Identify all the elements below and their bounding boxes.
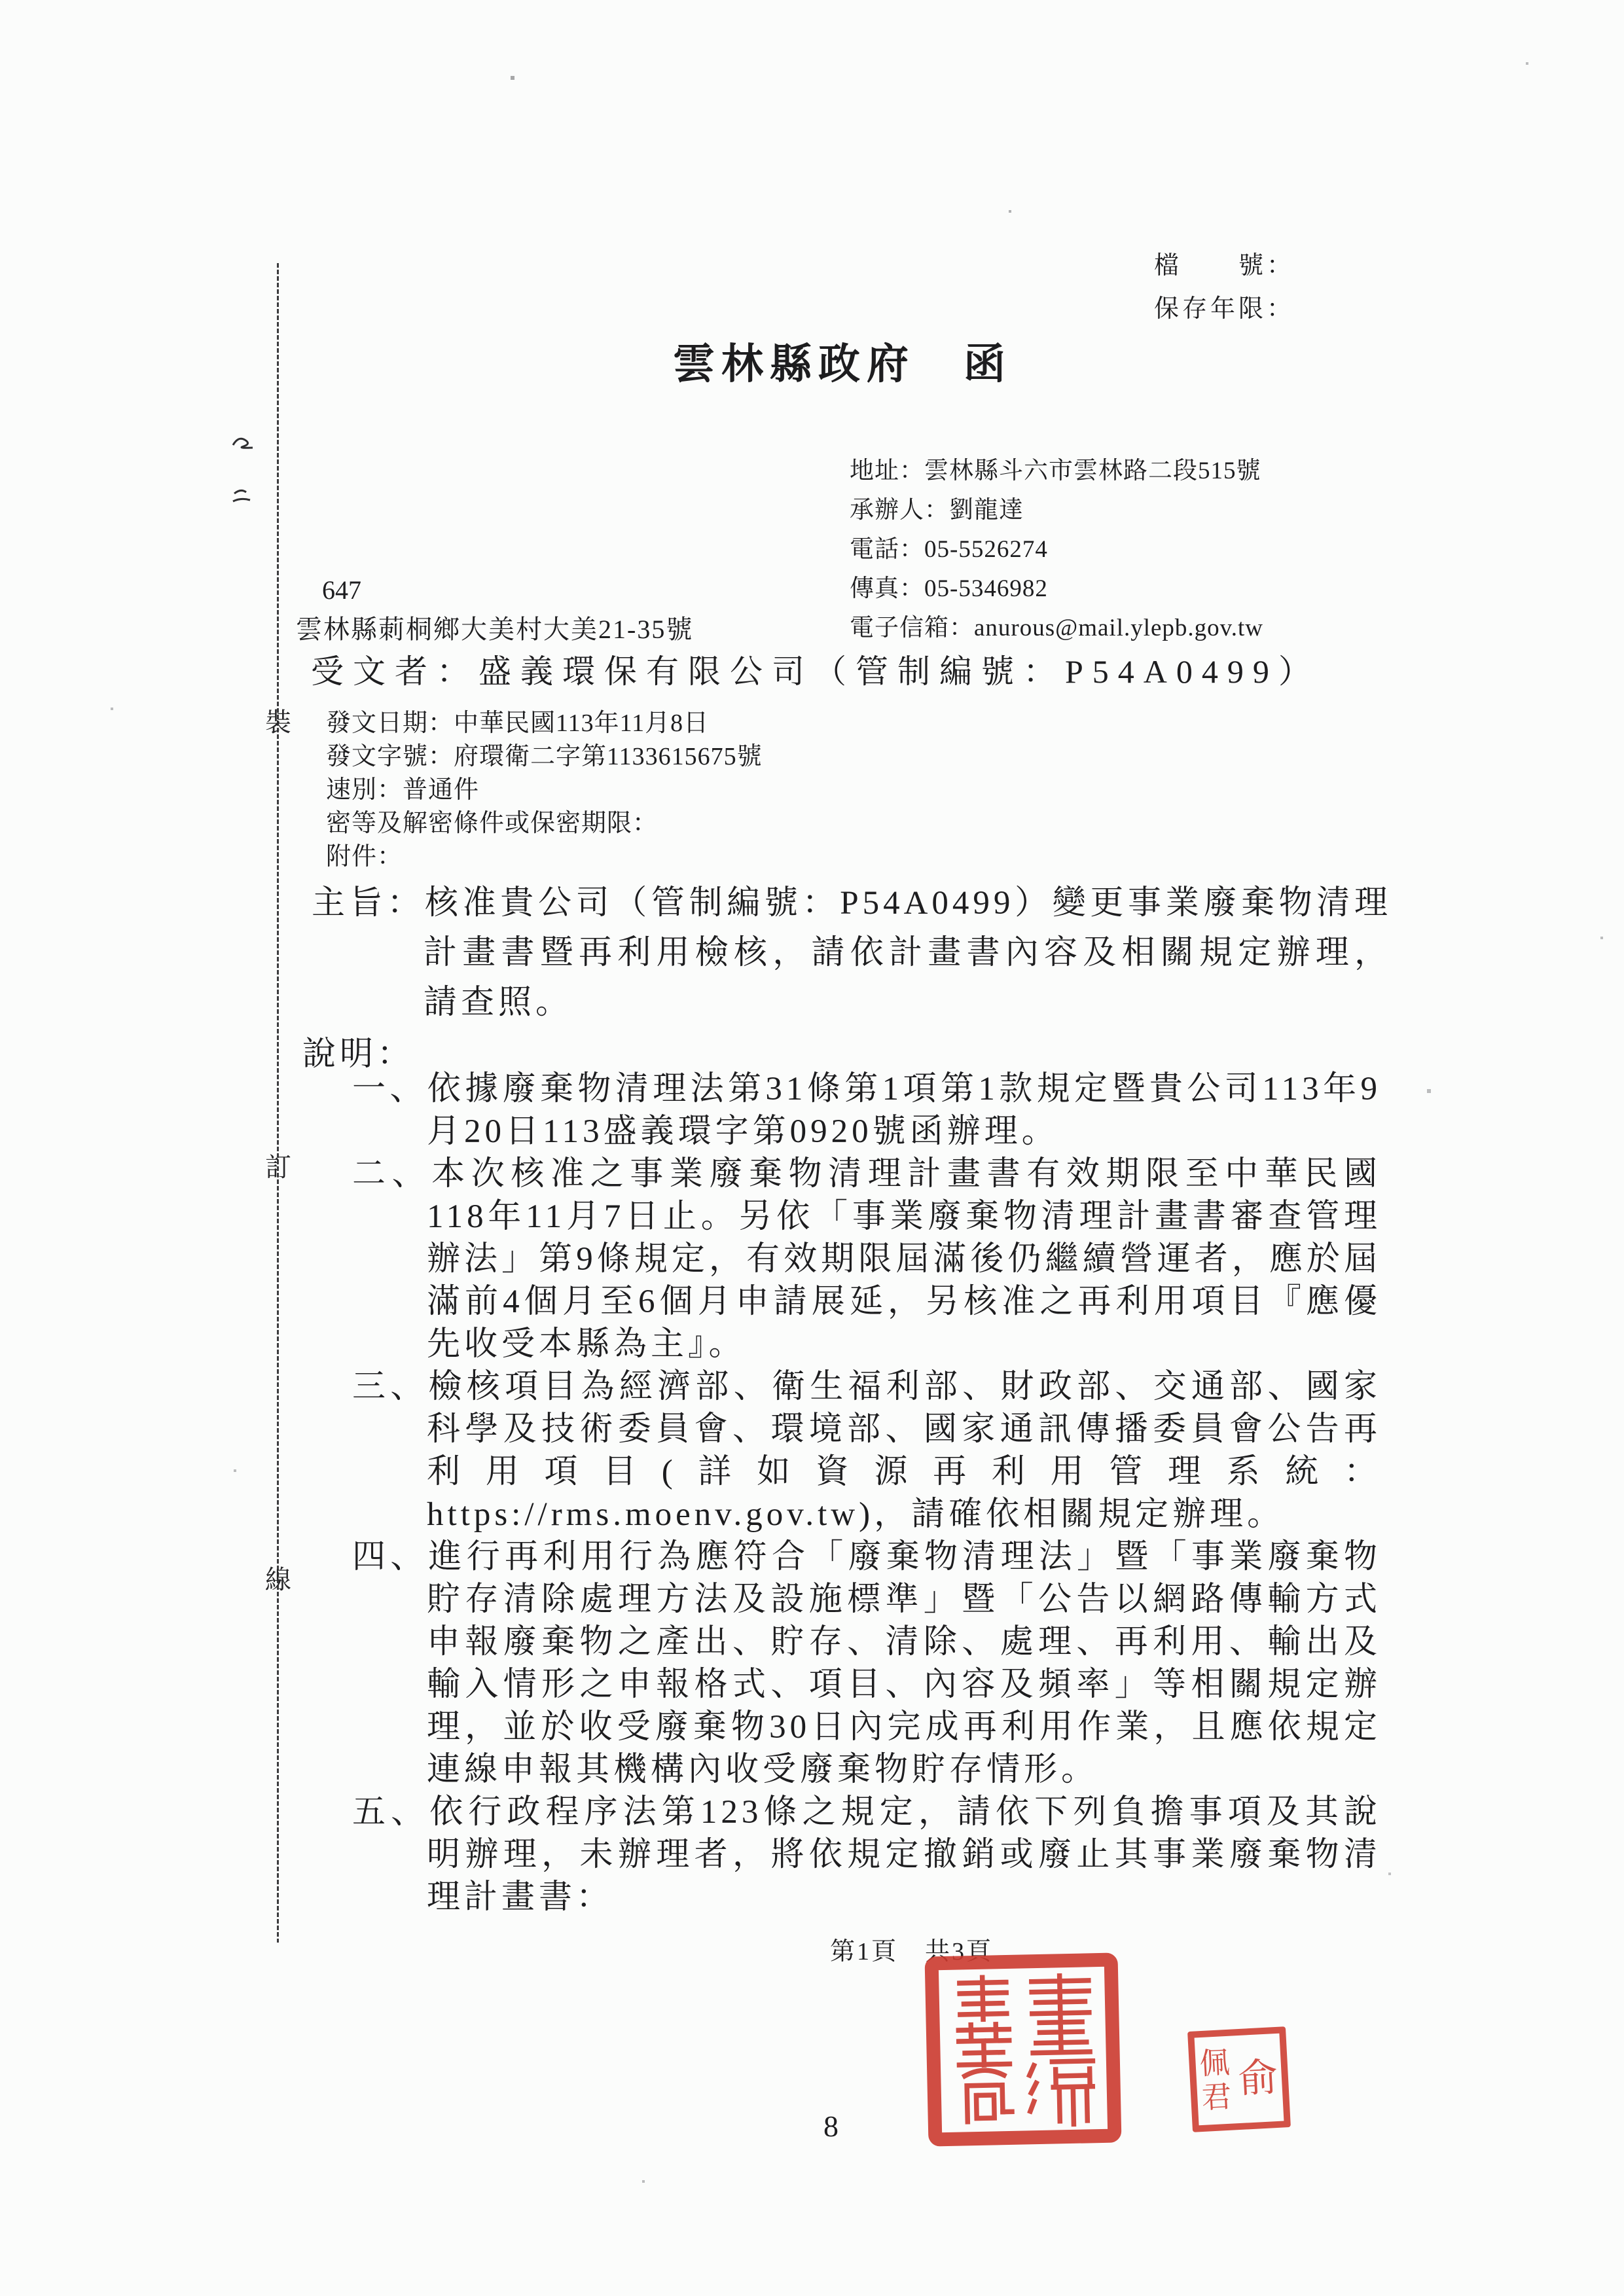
explanation-clauses: 一、依據廢棄物清理法第31條第1項第1款規定暨貴公司113年9月20日113盛義… xyxy=(352,1068,1381,1919)
priority: 速別：普通件 xyxy=(326,774,763,807)
pen-mark xyxy=(230,487,257,507)
clause-5: 五、依行政程序法第123條之規定，請依下列負擔事項及其說明辦理，未辦理者，將依規… xyxy=(352,1791,1381,1919)
recipient-line: 受文者：盛義環保有限公司（管制編號：P54A0499） xyxy=(311,645,1320,692)
scanned-official-letter: 裝 訂 線 檔 號： 保存年限： 雲林縣政府 函 地址：雲林縣斗六市雲林路二段5… xyxy=(0,0,1624,2296)
document-title: 雲林縣政府 函 xyxy=(673,331,1012,391)
scan-noise-specks xyxy=(0,0,1,1)
binding-stitch-line xyxy=(277,263,279,1943)
binding-mark-ding: 訂 xyxy=(262,1147,294,1184)
personal-name-seal-stamp: 俞 佩 君 xyxy=(1187,2026,1291,2132)
company-seal-stamp xyxy=(923,1951,1123,2148)
document-meta-block: 發文日期：中華民國113年11月8日 發文字號：府環衛二字第1133615675… xyxy=(326,707,763,874)
seal-char-yu: 俞 xyxy=(1237,2058,1278,2099)
handwritten-page-number: 8 xyxy=(823,2109,839,2144)
sender-contact-block: 地址：雲林縣斗六市雲林路二段515號 承辦人：劉龍達 電話：05-5526274… xyxy=(850,452,1263,648)
retention-period-label: 保存年限： xyxy=(1154,287,1295,331)
doc-number: 發文字號：府環衛二字第1133615675號 xyxy=(326,740,763,774)
seal-char-jun: 君 xyxy=(1200,2082,1232,2113)
sender-email: 電子信箱：anurous@mail.ylepb.gov.tw xyxy=(850,609,1263,648)
sender-address: 地址：雲林縣斗六市雲林路二段515號 xyxy=(850,452,1263,491)
file-number-label: 檔 號： xyxy=(1154,244,1295,287)
recipient-address: 雲林縣莿桐鄉大美村大美21-35號 xyxy=(296,609,693,646)
archive-labels: 檔 號： 保存年限： xyxy=(1154,244,1295,331)
subject-paragraph: 主旨：核准貴公司（管制編號：P54A0499）變更事業廢棄物清理計畫書暨再利用檢… xyxy=(312,878,1392,1028)
binding-mark-zhuang: 裝 xyxy=(262,702,294,739)
clause-3: 三、檢核項目為經濟部、衛生福利部、財政部、交通部、國家科學及技術委員會、環境部、… xyxy=(352,1366,1381,1536)
clause-2: 二、本次核准之事業廢棄物清理計畫書有效期限至中華民國118年11月7日止。另依「… xyxy=(352,1153,1381,1366)
pen-mark xyxy=(229,432,258,456)
sender-phone: 電話：05-5526274 xyxy=(850,530,1263,569)
sender-contact-person: 承辦人：劉龍達 xyxy=(850,491,1263,530)
explanation-label: 說明： xyxy=(302,1026,414,1075)
issue-date: 發文日期：中華民國113年11月8日 xyxy=(326,707,763,740)
recipient-postal-code: 647 xyxy=(322,575,361,605)
binding-mark-xian: 線 xyxy=(262,1559,294,1596)
sender-fax: 傳真：05-5346982 xyxy=(850,569,1263,609)
clause-4: 四、進行再利用行為應符合「廢棄物清理法」暨「事業廢棄物貯存清除處理方法及設施標準… xyxy=(352,1536,1381,1791)
security-classification: 密等及解密條件或保密期限： xyxy=(326,807,763,840)
clause-1: 一、依據廢棄物清理法第31條第1項第1款規定暨貴公司113年9月20日113盛義… xyxy=(352,1068,1381,1153)
attachment-label: 附件： xyxy=(326,840,763,874)
seal-char-pei: 佩 xyxy=(1199,2048,1231,2079)
